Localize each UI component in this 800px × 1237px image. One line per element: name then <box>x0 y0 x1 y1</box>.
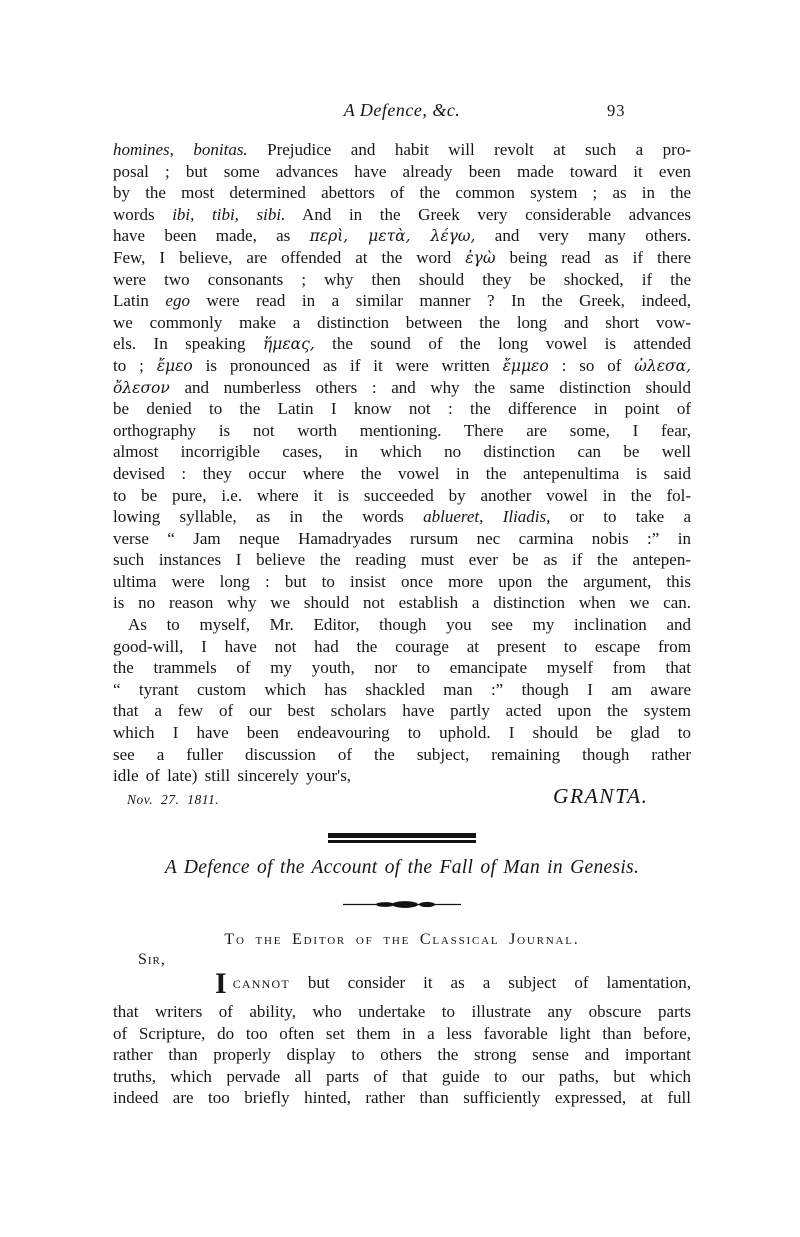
text-segment: were two consonants ; why then should th… <box>113 270 691 289</box>
text-segment: to be pure, i.e. where it is succeeded b… <box>113 486 691 505</box>
text-segment: idle of late) still sincerely your's, <box>113 766 351 785</box>
text-line: truths, which pervade all parts of that … <box>113 1066 691 1088</box>
text-line: to be pure, i.e. where it is succeeded b… <box>113 485 691 507</box>
dropcap-initial: I <box>215 971 233 1000</box>
text-line: such instances I believe the reading mus… <box>113 549 691 571</box>
text-segment: the trammels of my youth, nor to emancip… <box>113 658 691 677</box>
text-line: the trammels of my youth, nor to emancip… <box>113 657 691 679</box>
text-line: almost incorrigible cases, in which no d… <box>113 441 691 463</box>
text-segment: of Scripture, do too often set them in a… <box>113 1024 691 1043</box>
text-segment: that a few of our best scholars have par… <box>113 701 691 720</box>
text-line: that writers of ability, who undertake t… <box>113 1001 691 1023</box>
intro-first-rest: cannot but consider it as a subject of l… <box>233 973 691 992</box>
text-line: of Scripture, do too often set them in a… <box>113 1023 691 1045</box>
text-segment: ἔμμεο <box>503 357 549 375</box>
text-line: ultima were long : but to insist once mo… <box>113 571 691 593</box>
text-segment: Prejudice and habit will revolt at such … <box>248 140 691 159</box>
text-segment: or to take a <box>550 507 691 526</box>
text-segment: being read as if there <box>495 248 691 267</box>
text-segment: ultima were long : but to insist once mo… <box>113 572 691 591</box>
text-line: els. In speaking ἥμεας, the sound of the… <box>113 333 691 355</box>
text-line: Latin ego were read in a similar manner … <box>113 290 691 312</box>
running-head: A Defence, &c. 93 <box>113 100 691 124</box>
text-segment: which I have been endeavouring to uphold… <box>113 723 691 742</box>
text-segment: ἥμεας, <box>263 335 315 353</box>
text-segment: such instances I believe the reading mus… <box>113 550 691 569</box>
letter-date: Nov. 27. 1811. <box>127 792 219 808</box>
text-segment: is pronounced as if it were written <box>193 356 503 375</box>
text-segment: posal ; but some advances have already b… <box>113 162 691 181</box>
text-column: A Defence, &c. 93 homines, bonitas. Prej… <box>113 0 691 1237</box>
text-line: to ; ἔμεο is pronounced as if it were wr… <box>113 355 691 377</box>
text-line: lowing syllable, as in the words abluere… <box>113 506 691 528</box>
text-segment: the sound of the long vowel is attended <box>315 334 691 353</box>
text-segment: cannot <box>233 973 290 992</box>
text-line: by the most determined abettors of the c… <box>113 182 691 204</box>
text-segment: ἐγὼ <box>465 249 495 267</box>
sir-salutation: Sir, <box>138 951 166 969</box>
text-line: rather than properly display to others t… <box>113 1044 691 1066</box>
text-segment: be denied to the Latin I know not : the … <box>113 399 691 418</box>
text-segment: is no reason why we should not establish… <box>113 593 691 612</box>
text-line: that a few of our best scholars have par… <box>113 700 691 722</box>
text-line: indeed are too briefly hinted, rather th… <box>113 1087 691 1109</box>
text-line: As to myself, Mr. Editor, though you see… <box>113 614 691 636</box>
page-number: 93 <box>607 101 626 121</box>
text-segment: by the most determined abettors of the c… <box>113 183 691 202</box>
scanned-journal-page: A Defence, &c. 93 homines, bonitas. Prej… <box>0 0 800 1237</box>
text-line: is no reason why we should not establish… <box>113 592 691 614</box>
text-line: words ibi, tibi, sibi. And in the Greek … <box>113 204 691 226</box>
text-line: we commonly make a distinction between t… <box>113 312 691 334</box>
text-segment: we commonly make a distinction between t… <box>113 313 691 332</box>
text-segment: were read in a similar manner ? In the G… <box>190 291 691 310</box>
text-segment: good-will, I have not had the courage at… <box>113 637 691 656</box>
text-segment: and numberless others : and why the same… <box>170 378 691 397</box>
text-segment: ablueret, Iliadis, <box>423 507 550 526</box>
text-segment: Latin <box>113 291 165 310</box>
text-segment: As to myself, Mr. Editor, though you see… <box>128 615 691 634</box>
text-segment: And in the Greek very considerable advan… <box>285 205 691 224</box>
text-line: devised : they occur where the vowel in … <box>113 463 691 485</box>
text-segment: have been made, as <box>113 226 310 245</box>
text-segment: lowing syllable, as in the words <box>113 507 423 526</box>
text-segment: : so of <box>549 356 635 375</box>
text-segment: words <box>113 205 172 224</box>
double-rule-divider <box>328 833 476 846</box>
text-segment: ὠλεσα, <box>634 357 691 375</box>
text-segment: Few, I believe, are offended at the word <box>113 248 465 267</box>
text-segment: devised : they occur where the vowel in … <box>113 464 691 483</box>
double-rule-bottom <box>328 840 476 843</box>
text-segment: truths, which pervade all parts of that … <box>113 1067 691 1086</box>
text-segment: verse “ Jam neque Hamadryades rursum nec… <box>113 529 691 548</box>
text-line: have been made, as περὶ, μετὰ, λέγω, and… <box>113 225 691 247</box>
article1-body: homines, bonitas. Prejudice and habit wi… <box>113 139 691 787</box>
text-line: verse “ Jam neque Hamadryades rursum nec… <box>113 528 691 550</box>
article2-body: that writers of ability, who undertake t… <box>113 1001 691 1109</box>
text-line: homines, bonitas. Prejudice and habit wi… <box>113 139 691 161</box>
text-segment: orthography is not worth mentioning. The… <box>113 421 691 440</box>
diamond-rule-icon <box>343 898 461 910</box>
text-segment: that writers of ability, who undertake t… <box>113 1002 691 1021</box>
letter-signature: GRANTA. <box>553 784 649 809</box>
text-segment: ὄλεσον <box>113 379 170 397</box>
text-line: were two consonants ; why then should th… <box>113 269 691 291</box>
text-line: Few, I believe, are offended at the word… <box>113 247 691 269</box>
text-line: see a fuller discussion of the subject, … <box>113 744 691 766</box>
tapered-rule-ornament <box>113 897 691 915</box>
text-segment: ibi, tibi, sibi. <box>172 205 285 224</box>
running-head-title: A Defence, &c. <box>113 100 691 121</box>
text-segment: homines, bonitas. <box>113 140 248 159</box>
text-segment: rather than properly display to others t… <box>113 1045 691 1064</box>
editor-salutation: To the Editor of the Classical Journal. <box>113 931 691 949</box>
text-segment: els. In speaking <box>113 334 263 353</box>
signature-row: Nov. 27. 1811. GRANTA. <box>113 784 691 814</box>
text-line: ὄλεσον and numberless others : and why t… <box>113 377 691 399</box>
text-line: which I have been endeavouring to uphold… <box>113 722 691 744</box>
text-line: be denied to the Latin I know not : the … <box>113 398 691 420</box>
text-segment: indeed are too briefly hinted, rather th… <box>113 1088 691 1107</box>
text-line: “ tyrant custom which has shackled man :… <box>113 679 691 701</box>
intro-first-line: Icannot but consider it as a subject of … <box>113 971 691 1001</box>
text-segment: but consider it as a subject of lamentat… <box>290 973 691 992</box>
text-segment: see a fuller discussion of the subject, … <box>113 745 691 764</box>
text-segment: almost incorrigible cases, in which no d… <box>113 442 691 461</box>
text-line: orthography is not worth mentioning. The… <box>113 420 691 442</box>
double-rule-top <box>328 833 476 838</box>
article2-title: A Defence of the Account of the Fall of … <box>113 857 691 879</box>
text-segment: ἔμεο <box>157 357 193 375</box>
text-line: good-will, I have not had the courage at… <box>113 636 691 658</box>
text-segment: and very many others. <box>476 226 692 245</box>
text-segment: περὶ, μετὰ, λέγω, <box>310 227 476 245</box>
text-line: posal ; but some advances have already b… <box>113 161 691 183</box>
text-segment: ego <box>165 291 190 310</box>
text-segment: to ; <box>113 356 157 375</box>
text-segment: “ tyrant custom which has shackled man :… <box>113 680 691 699</box>
